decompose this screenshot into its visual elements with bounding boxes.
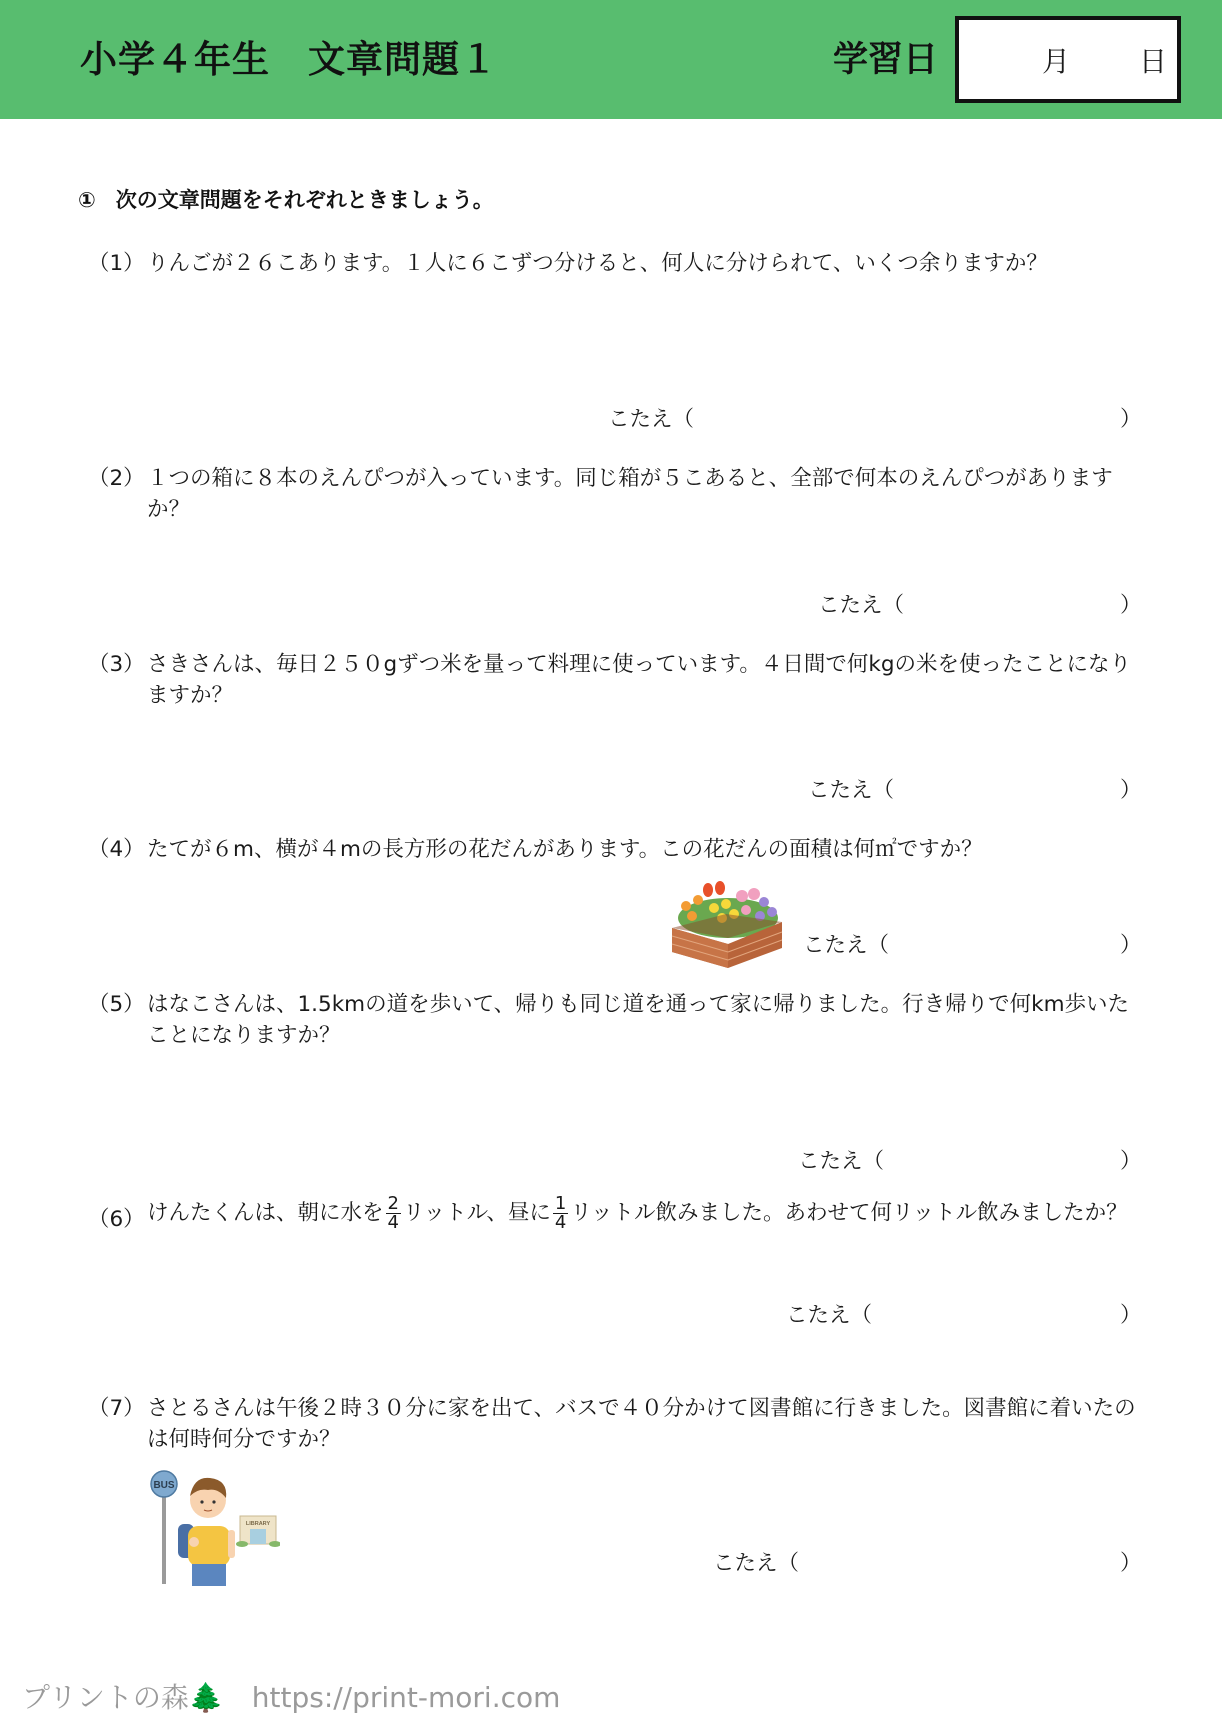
answer-label: こたえ（ [713, 1551, 799, 1576]
site-name: プリントの森🌲 [22, 1681, 224, 1714]
paren-close: ） [1120, 1144, 1142, 1175]
answer-7[interactable]: こたえ（ [713, 1546, 799, 1577]
answer-label: こたえ（ [608, 407, 694, 432]
header-bar: 小学４年生 文章問題１ 学習日 月 日 [0, 0, 1222, 119]
library-sign-text: LIBRARY [246, 1521, 271, 1527]
question-2: （2） １つの箱に８本のえんぴつが入っています。同じ箱が５こあると、全部で何本の… [88, 463, 1148, 525]
question-7: （7） さとるさんは午後２時３０分に家を出て、バスで４０分かけて図書館に行きまし… [88, 1393, 1148, 1455]
question-text: たてが６m、横が４mの長方形の花だんがあります。この花だんの面積は何㎡ですか？ [147, 834, 1148, 865]
answer-label: こたえ（ [803, 933, 889, 958]
paren-close: ） [1120, 588, 1142, 619]
flowerbed-illustration [668, 878, 786, 970]
question-text: さきさんは、毎日２５０gずつ米を量って料理に使っています。４日間で何kgの米を使… [147, 649, 1148, 711]
text-after: リットル飲みました。あわせて何リットル飲みましたか？ [570, 1201, 1127, 1226]
page-title: 小学４年生 文章問題１ [80, 30, 498, 90]
study-date-box[interactable]: 月 日 [955, 16, 1181, 103]
question-number: （6） [88, 1204, 145, 1235]
answer-3[interactable]: こたえ（ [808, 773, 894, 804]
paren-close: ） [1120, 773, 1142, 804]
answer-1[interactable]: こたえ（ [608, 402, 694, 433]
answer-label: こたえ（ [786, 1303, 872, 1328]
section-number: ① [78, 188, 96, 212]
footer: プリントの森🌲https://print-mori.com [22, 1676, 560, 1716]
month-label: 月 [1042, 40, 1070, 80]
answer-label: こたえ（ [808, 778, 894, 803]
question-text: けんたくんは、朝に水を24リットル、昼に14リットル飲みました。あわせて何リット… [147, 1195, 1148, 1232]
question-number: （5） [88, 989, 145, 1020]
denominator: 4 [553, 1214, 568, 1232]
paren-close: ） [1120, 1546, 1142, 1577]
answer-5[interactable]: こたえ（ [798, 1144, 884, 1175]
fraction-two-fourths: 24 [386, 1195, 401, 1232]
instruction-text: 次の文章問題をそれぞれときましょう。 [116, 188, 494, 212]
paren-close: ） [1120, 1298, 1142, 1329]
day-label: 日 [1139, 40, 1167, 80]
answer-label: こたえ（ [798, 1149, 884, 1174]
bus-sign-text: BUS [153, 1480, 174, 1491]
question-3: （3） さきさんは、毎日２５０gずつ米を量って料理に使っています。４日間で何kg… [88, 649, 1148, 711]
question-6: （6） けんたくんは、朝に水を24リットル、昼に14リットル飲みました。あわせて… [88, 1195, 1148, 1232]
answer-2[interactable]: こたえ（ [818, 588, 904, 619]
answer-label: こたえ（ [818, 593, 904, 618]
question-1: （1） りんごが２６こあります。１人に６こずつ分けると、何人に分けられて、いくつ… [88, 248, 1148, 279]
answer-6[interactable]: こたえ（ [786, 1298, 872, 1329]
study-date-label: 学習日 [833, 30, 938, 90]
question-number: （4） [88, 834, 145, 865]
question-4: （4） たてが６m、横が４mの長方形の花だんがあります。この花だんの面積は何㎡で… [88, 834, 1148, 865]
site-url-link[interactable]: https://print-mori.com [252, 1681, 561, 1714]
answer-4[interactable]: こたえ（ [803, 928, 889, 959]
question-5: （5） はなこさんは、1.5kmの道を歩いて、帰りも同じ道を通って家に帰りました… [88, 989, 1148, 1051]
question-text: １つの箱に８本のえんぴつが入っています。同じ箱が５こあると、全部で何本のえんぴつ… [147, 463, 1148, 525]
denominator: 4 [386, 1214, 401, 1232]
paren-close: ） [1120, 402, 1142, 433]
question-number: （1） [88, 248, 145, 279]
text-before: けんたくんは、朝に水を [147, 1201, 384, 1226]
question-text: はなこさんは、1.5kmの道を歩いて、帰りも同じ道を通って家に帰りました。行き帰… [147, 989, 1148, 1051]
question-number: （7） [88, 1393, 145, 1424]
question-number: （3） [88, 649, 145, 680]
question-text: りんごが２６こあります。１人に６こずつ分けると、何人に分けられて、いくつ余ります… [147, 248, 1148, 279]
text-middle: リットル、昼に [403, 1201, 551, 1226]
fraction-one-fourth: 14 [553, 1195, 568, 1232]
bus-stop-boy-illustration: BUS LIBRARY [150, 1468, 280, 1586]
question-number: （2） [88, 463, 145, 494]
question-text: さとるさんは午後２時３０分に家を出て、バスで４０分かけて図書館に行きました。図書… [147, 1393, 1148, 1455]
paren-close: ） [1120, 928, 1142, 959]
instruction: ①次の文章問題をそれぞれときましょう。 [78, 184, 494, 214]
